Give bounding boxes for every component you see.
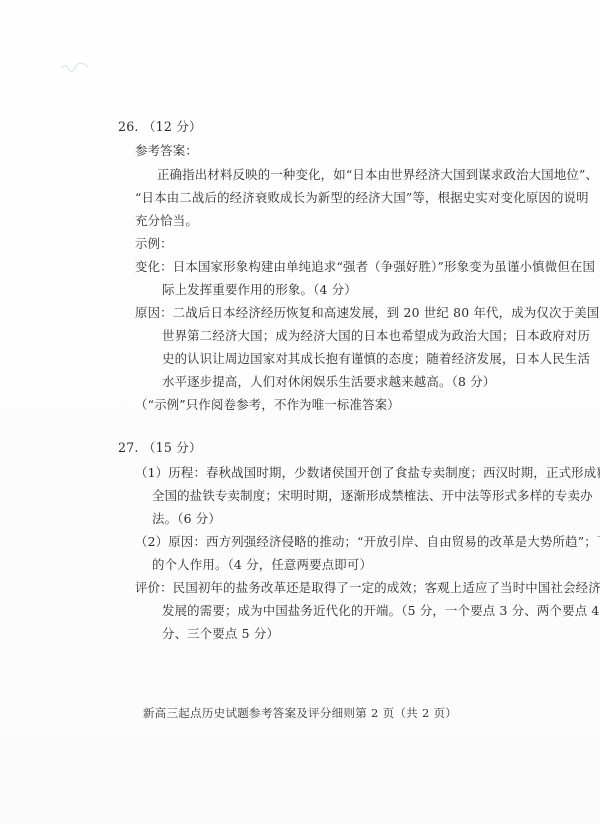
q27-part1-line: 全国的盐铁专卖制度；宋明时期，逐渐形成禁榷法、开中法等形式多样的专卖办 (152, 488, 593, 504)
q26-example-label: 示例： (135, 236, 173, 252)
q27-eval-line: 发展的需要；成为中国盐务近代化的开端。（5 分，一个要点 3 分、两个要点 4 (162, 603, 600, 619)
q26-change-line: 变化：日本国家形象构建由单纯追求“强者（争强好胜）”形象变为虽谨小慎微但在国 (135, 259, 595, 275)
document-page: 26. （12 分） 参考答案： 正确指出材料反映的一种变化，如“日本由世界经济… (0, 0, 600, 824)
q26-reason-line: 世界第二经济大国；成为经济大国的日本也希望成为政治大国；日本政府对历 (162, 328, 590, 344)
q26-reason-line: 史的认识让周边国家对其成长抱有谨慎的态度；随着经济发展，日本人民生活 (162, 351, 590, 367)
q27-part2-line: （2）原因：西方列强经济侵略的推动；“开放引岸、自由贸易的改革是大势所趋”；丁恩 (135, 534, 600, 550)
q27-eval-line: 评价：民国初年的盐务改革还是取得了一定的成效；客观上适应了当时中国社会经济 (135, 580, 600, 596)
q26-change-line: 际上发挥重要作用的形象。（4 分） (162, 282, 357, 298)
q27-header: 27. （15 分） (118, 440, 202, 456)
pen-mark-icon (60, 58, 90, 76)
q27-part1-line: 法。（6 分） (152, 511, 221, 527)
page-footer: 新高三起点历史试题参考答案及评分细则第 2 页（共 2 页） (0, 705, 600, 721)
q26-ref-line: “日本由二战后的经济衰败成长为新型的经济大国”等，根据史实对变化原因的说明 (135, 190, 589, 206)
q27-eval-line: 分、三个要点 5 分） (162, 626, 279, 642)
q26-reason-line: 水平逐步提高，人们对休闲娱乐生活要求越来越高。（8 分） (162, 374, 495, 390)
q26-ref-line: 正确指出材料反映的一种变化，如“日本由世界经济大国到谋求政治大国地位”、 (157, 167, 598, 183)
q26-header: 26. （12 分） (118, 119, 202, 135)
q26-ref-label: 参考答案： (135, 143, 198, 159)
q26-reason-line: 原因：二战后日本经济经历恢复和高速发展，到 20 世纪 80 年代，成为仅次于美… (135, 305, 600, 321)
q27-part2-line: 的个人作用。（4 分，任意两要点即可） (152, 557, 372, 573)
q26-note: （“示例”只作阅卷参考，不作为唯一标准答案） (135, 397, 400, 413)
q27-part1-line: （1）历程：春秋战国时期，少数诸侯国开创了食盐专卖制度；西汉时期，正式形成覆盖 (135, 465, 600, 481)
q26-ref-line: 充分恰当。 (135, 213, 198, 229)
